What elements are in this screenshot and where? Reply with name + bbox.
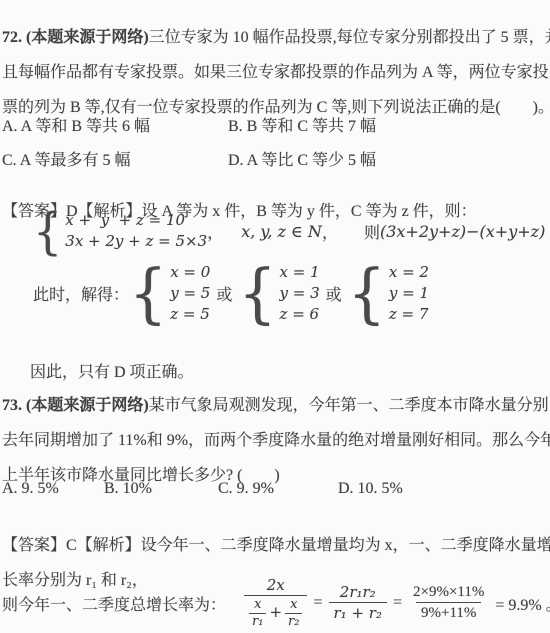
solution-y: y = 5	[170, 283, 210, 304]
curly-brace-icon: {	[129, 261, 167, 326]
q73-answer-line-1: 【答案】C【解析】设今年一、二季度降水量增量均为 x，一、二季度降水量增	[2, 532, 550, 555]
q72-solution-row: 此时，解得： { x = 0 y = 5 z = 5 或 { x = 1 y =…	[33, 262, 429, 325]
fraction-1-numerator: 2x	[262, 576, 290, 595]
or-connector: 或	[326, 282, 342, 305]
q72-equation-row: { x + y + z = 10 3x + 2y + z = 5×3 ， x, …	[33, 208, 550, 254]
q73-option-a: A. 9. 5%	[2, 480, 59, 498]
q73-stem-line-2: 去年同期增加了 11%和 9%，而两个季度降水量的绝对增量刚好相同。那么今年	[2, 427, 550, 450]
fraction-3-numerator: 2×9%×11%	[408, 583, 489, 602]
fraction-1: 2x x r₁ + x r₂	[244, 576, 307, 630]
q72-solve-prefix: 此时，解得：	[33, 282, 129, 305]
nested-1-numerator: x	[251, 597, 264, 613]
q73-option-d: D. 10. 5%	[338, 480, 403, 498]
q73-number-and-source: 73. (本题来源于网络)	[2, 397, 149, 414]
fraction-2: 2r₁r₂ r₁ + r₂	[329, 583, 387, 623]
q72-option-d: D. A 等比 C 等少 5 幅	[228, 147, 376, 170]
solution-z: z = 7	[389, 304, 429, 325]
q73-formula-row: 则今年一、二季度总增长率为： 2x x r₁ + x r₂ = 2r₁r₂ r₁…	[2, 576, 550, 630]
q73-stem-text-1: 某市气象局观测发现，今年第一、二季度本市降水量分别比	[149, 397, 550, 414]
q72-option-b: B. B 等和 C 等共 7 幅	[228, 113, 376, 136]
solution-x: x = 2	[389, 262, 429, 283]
q72-solution-values-1: x = 0 y = 5 z = 5	[170, 262, 210, 325]
scanned-exam-page: 72. (本题来源于网络)三位专家为 10 幅作品投票,每位专家分别都投出了 5…	[0, 0, 550, 633]
curly-brace-icon: {	[238, 261, 276, 326]
equals-sign: =	[393, 594, 402, 612]
q72-domain-constraint: x, y, z ∈ N	[241, 222, 322, 241]
solution-y: y = 1	[389, 283, 429, 304]
equals-sign: =	[313, 594, 322, 612]
solution-x: x = 0	[170, 262, 210, 283]
q72-solution-values-3: x = 2 y = 1 z = 7	[389, 262, 429, 325]
curly-brace-icon: {	[348, 261, 386, 326]
q73-stem-line-1: 73. (本题来源于网络)某市气象局观测发现，今年第一、二季度本市降水量分别比	[2, 392, 550, 415]
q72-option-c: C. A 等最多有 5 幅	[2, 147, 130, 170]
comma: ，	[207, 220, 223, 243]
q72-solution-system-2: { x = 1 y = 3 z = 6	[238, 262, 319, 325]
fraction-3-denominator: 9%+11%	[416, 602, 481, 623]
q72-option-a: A. A 等和 B 等共 6 幅	[2, 113, 150, 136]
q73-formula-prefix: 则今年一、二季度总增长率为：	[2, 592, 226, 615]
or-connector: 或	[216, 282, 232, 305]
nested-fraction-2: x r₂	[285, 597, 302, 630]
q72-stem-text-1: 三位专家为 10 幅作品投票,每位专家分别都投出了 5 票，并	[149, 29, 550, 46]
solution-z: z = 6	[280, 304, 320, 325]
q72-solution-system-1: { x = 0 y = 5 z = 5	[129, 262, 210, 325]
nested-2-numerator: x	[287, 597, 300, 613]
curly-brace-icon: {	[33, 206, 62, 256]
formula-result: = 9.9% 。	[495, 592, 550, 615]
q72-solution-system-3: { x = 2 y = 1 z = 7	[348, 262, 429, 325]
nested-1-denominator: r₁	[249, 613, 266, 630]
q72-solution-values-2: x = 1 y = 3 z = 6	[280, 262, 320, 325]
nested-fraction-1: x r₁	[249, 597, 266, 630]
solution-x: x = 1	[280, 262, 320, 283]
fraction-2-denominator: r₁ + r₂	[329, 602, 387, 623]
q72-stem-line-2: 且每幅作品都有专家投票。如果三位专家都投票的作品列为 A 等，两位专家投	[2, 59, 549, 82]
fraction-3: 2×9%×11% 9%+11%	[408, 583, 489, 623]
q72-eq-1: x + y + z = 10	[65, 210, 207, 231]
q72-conclusion: 因此，只有 D 项正确。	[30, 359, 194, 382]
q72-then-label: 则	[364, 220, 380, 243]
q72-equation-system: x + y + z = 10 3x + 2y + z = 5×3	[65, 210, 207, 252]
solution-y: y = 3	[280, 283, 320, 304]
solution-z: z = 5	[170, 304, 210, 325]
comma: ，	[322, 220, 338, 243]
nested-2-denominator: r₂	[285, 613, 302, 630]
fraction-2-numerator: 2r₁r₂	[335, 583, 381, 602]
q73-option-c: C. 9. 9%	[218, 480, 274, 498]
q72-stem-line-1: 72. (本题来源于网络)三位专家为 10 幅作品投票,每位专家分别都投出了 5…	[2, 24, 550, 47]
q73-option-b: B. 10%	[104, 480, 152, 498]
q72-then-formula: (3x+2y+z)−(x+y+z) = 2x+y = 5	[380, 222, 550, 241]
fraction-1-denominator: x r₁ + x r₂	[244, 595, 307, 630]
q72-number-and-source: 72. (本题来源于网络)	[2, 29, 149, 46]
plus-sign: +	[269, 603, 282, 622]
q72-eq-2: 3x + 2y + z = 5×3	[65, 231, 207, 252]
